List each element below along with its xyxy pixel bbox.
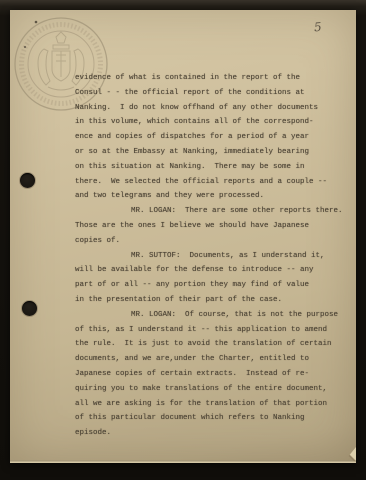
text-line: part of or all -- any portion they may f… bbox=[75, 278, 347, 293]
text-line: in the presentation of their part of the… bbox=[75, 293, 347, 308]
text-line: documents, and we are,under the Charter,… bbox=[75, 352, 347, 367]
text-line: there. We selected the official reports … bbox=[75, 175, 347, 190]
page-number: 5 bbox=[313, 20, 322, 35]
scan-background: 5 evidence of what is contained in the r… bbox=[0, 0, 366, 480]
text-line: of this particular document which refers… bbox=[75, 411, 347, 426]
text-line: evidence of what is contained in the rep… bbox=[75, 71, 347, 86]
text-line: or so at the Embassy at Nanking, immedia… bbox=[75, 145, 347, 160]
document-page: 5 evidence of what is contained in the r… bbox=[10, 10, 356, 463]
transcript-text: evidence of what is contained in the rep… bbox=[75, 71, 347, 441]
text-line: quiring you to make translations of the … bbox=[75, 382, 347, 397]
hole-punch-top-icon bbox=[20, 173, 35, 188]
text-line: MR. SUTTOF: Documents, as I understand i… bbox=[75, 249, 347, 264]
text-line: on this situation at Nanking. There may … bbox=[75, 160, 347, 175]
text-line: MR. LOGAN: Of course, that is not the pu… bbox=[75, 308, 347, 323]
text-line: episode. bbox=[75, 426, 347, 441]
text-line: and two telegrams and they were processe… bbox=[75, 189, 347, 204]
text-line: Japanese copies of certain extracts. Ins… bbox=[75, 367, 347, 382]
text-line: all we are asking is for the translation… bbox=[75, 397, 347, 412]
text-line: Consul - - the official report of the co… bbox=[75, 86, 347, 101]
page-corner-fold bbox=[343, 447, 356, 463]
text-line: in this volume, which contains all of th… bbox=[75, 115, 347, 130]
text-line: ence and copies of dispatches for a peri… bbox=[75, 130, 347, 145]
text-line: will be available for the defense to int… bbox=[75, 263, 347, 278]
hole-punch-bottom-icon bbox=[22, 301, 37, 316]
text-line: of this, as I understand it -- this appl… bbox=[75, 323, 347, 338]
text-line: Nanking. I do not know offhand of any ot… bbox=[75, 101, 347, 116]
text-line: MR. LOGAN: There are some other reports … bbox=[75, 204, 347, 219]
text-line: copies of. bbox=[75, 234, 347, 249]
text-line: Those are the ones I believe we should h… bbox=[75, 219, 347, 234]
text-line: the rule. It is just to avoid the transl… bbox=[75, 337, 347, 352]
